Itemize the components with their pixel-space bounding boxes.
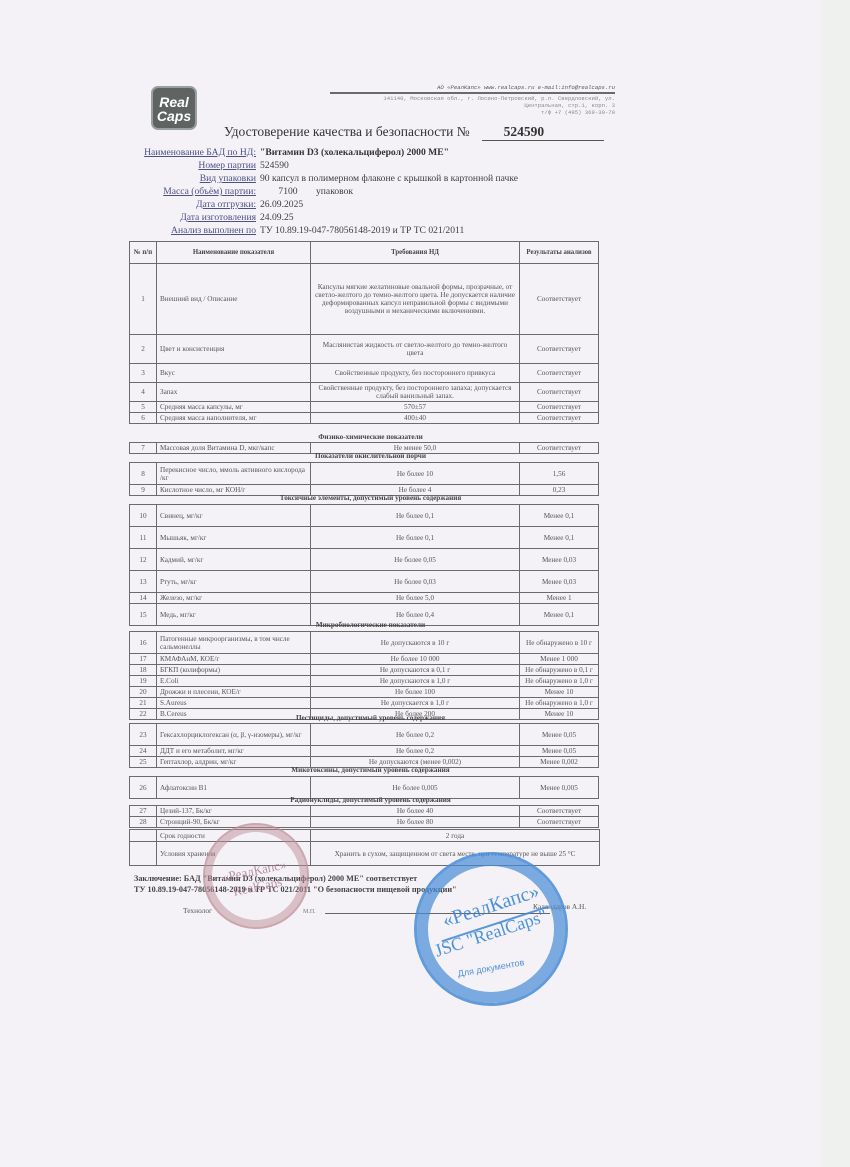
organoleptic-table: № п/п Наименование показателя Требования… <box>129 241 599 424</box>
result: 1,56 <box>520 463 599 485</box>
requirement: Не более 5,0 <box>311 593 520 604</box>
table-row: 1Внешний вид / ОписаниеКапсулы мягкие же… <box>130 264 599 335</box>
result: Менее 0,03 <box>520 571 599 593</box>
table-row: 16Патогенные микроорганизмы, в том числе… <box>130 632 599 654</box>
col-header-req: Требования НД <box>311 242 520 264</box>
row-number: 1 <box>130 264 157 335</box>
table-row: 2Цвет и консистенцияМаслянистая жидкость… <box>130 335 599 364</box>
signature-line <box>325 913 550 914</box>
table-row: 11Мышьяк, мг/кгНе более 0,1Менее 0,1 <box>130 527 599 549</box>
result: Соответствует <box>520 364 599 383</box>
indicator-name: Средняя масса наполнителя, мг <box>157 413 311 424</box>
indicator-name: S.Aureus <box>157 698 311 709</box>
blue-stamp-text-3: Для документов <box>417 950 564 986</box>
result: Соответствует <box>520 383 599 402</box>
indicator-name: Гексахлорциклогексан (α, β, γ-изомеры), … <box>157 724 311 746</box>
requirement: Не более 10 <box>311 463 520 485</box>
indicator-name: E.Coli <box>157 676 311 687</box>
indicator-name: Цезий-137, Бк/кг <box>157 806 311 817</box>
indicator-name: ДДТ и его метаболит, мг/кг <box>157 746 311 757</box>
signer-role: Технолог <box>183 906 212 915</box>
requirement: Свойственные продукту, без постороннего … <box>311 383 520 402</box>
row-number: 17 <box>130 654 157 665</box>
result: Не обнаружено в 10 г <box>520 632 599 654</box>
section-radionuclides: Радионуклиды, допустимый уровень содержа… <box>129 796 612 804</box>
row-number: 20 <box>130 687 157 698</box>
made-date-label: Дата изготовления <box>130 211 260 224</box>
result: Соответствует <box>520 264 599 335</box>
made-date-value: 24.09.25 <box>260 211 294 224</box>
requirement: Капсулы мягкие желатиновые овальной форм… <box>311 264 520 335</box>
requirement: 570±57 <box>311 402 520 413</box>
indicator-name: Стронций-90, Бк/кг <box>157 817 311 828</box>
section-mycotoxins: Микотоксины, допустимый уровень содержан… <box>129 766 612 774</box>
result: Менее 10 <box>520 687 599 698</box>
result: Не обнаружено в 1,0 г <box>520 676 599 687</box>
result: Менее 0,03 <box>520 549 599 571</box>
result: Соответствует <box>520 413 599 424</box>
oxidation-table: 8Перекисное число, ммоль активного кисло… <box>129 462 599 496</box>
indicator-name: Ртуть, мг/кг <box>157 571 311 593</box>
requirement: Не допускаются в 0,1 г <box>311 665 520 676</box>
section-oxidation: Показатели окислительной порчи <box>129 452 612 460</box>
row-number: 10 <box>130 505 157 527</box>
requirement: Не более 10 000 <box>311 654 520 665</box>
product-meta: Наименование БАД по НД:"Витамин D3 (холе… <box>130 146 518 237</box>
realcaps-logo: Real Caps <box>151 86 197 130</box>
result: Не обнаружено в 0,1 г <box>520 665 599 676</box>
result: Менее 0,05 <box>520 724 599 746</box>
company-phone: т/ф +7 (495) 369-30-70 <box>330 109 615 116</box>
table-row: 27Цезий-137, Бк/кгНе более 40Соответству… <box>130 806 599 817</box>
conclusion-line2: ТУ 10.89.19-047-78056148-2019 и ТР ТС 02… <box>134 884 457 895</box>
toxic-table: 10Свинец, мг/кгНе более 0,1Менее 0,111Мы… <box>129 504 599 626</box>
result: Менее 0,05 <box>520 746 599 757</box>
indicator-name: Вкус <box>157 364 311 383</box>
section-micro: Микробиологические показатели <box>129 621 612 629</box>
ship-date-label: Дата отгрузки: <box>130 198 260 211</box>
table-row: 10Свинец, мг/кгНе более 0,1Менее 0,1 <box>130 505 599 527</box>
product-value: "Витамин D3 (холекальциферол) 2000 МЕ" <box>260 146 449 159</box>
requirement: Не более 40 <box>311 806 520 817</box>
mass-unit: упаковок <box>316 186 353 197</box>
row-number: 23 <box>130 724 157 746</box>
result: Соответствует <box>520 402 599 413</box>
stamp-place-label: М.П. <box>303 909 316 915</box>
blue-stamp-divider <box>441 906 548 943</box>
col-header-num: № п/п <box>130 242 157 264</box>
table-row: 19E.ColiНе допускаются в 1,0 гНе обнаруж… <box>130 676 599 687</box>
table-row: 17КМАФАнМ, КОЕ/гНе более 10 000Менее 1 0… <box>130 654 599 665</box>
requirement: Не допускаются в 10 г <box>311 632 520 654</box>
shelf-life-num <box>130 830 157 842</box>
result: Менее 0,1 <box>520 505 599 527</box>
table-row: 18БГКП (колиформы)Не допускаются в 0,1 г… <box>130 665 599 676</box>
requirement: Не более 0,1 <box>311 505 520 527</box>
result: Соответствует <box>520 806 599 817</box>
result: Менее 0,1 <box>520 527 599 549</box>
table-row: 12Кадмий, мг/кгНе более 0,05Менее 0,03 <box>130 549 599 571</box>
requirement: Не более 0,05 <box>311 549 520 571</box>
table-row: 4ЗапахСвойственные продукту, без посторо… <box>130 383 599 402</box>
analysis-value: ТУ 10.89.19-047-78056148-2019 и ТР ТС 02… <box>260 224 464 237</box>
table-row: 8Перекисное число, ммоль активного кисло… <box>130 463 599 485</box>
section-toxic: Токсичные элементы, допустимый уровень с… <box>129 494 612 502</box>
section-pesticides: Пестициды, допустимый уровень содержания <box>129 714 612 722</box>
row-number: 27 <box>130 806 157 817</box>
row-number: 24 <box>130 746 157 757</box>
table-row: 3ВкусСвойственные продукту, без посторон… <box>130 364 599 383</box>
batch-value: 524590 <box>260 159 289 172</box>
row-number: 19 <box>130 676 157 687</box>
package-label: Вид упаковки <box>130 172 260 185</box>
title-text: Удостоверение качества и безопасности № <box>224 124 470 139</box>
company-header: АО «РеалКапс» www.realcaps.ru e-mail:inf… <box>330 84 615 116</box>
result: Менее 1 000 <box>520 654 599 665</box>
requirement: Не допускается в 1,0 г <box>311 698 520 709</box>
package-value: 90 капсул в полимерном флаконе с крышкой… <box>260 172 518 185</box>
indicator-name: Дрожжи и плесени, КОЕ/г <box>157 687 311 698</box>
product-label: Наименование БАД по НД: <box>130 146 260 159</box>
row-number: 21 <box>130 698 157 709</box>
row-number: 2 <box>130 335 157 364</box>
row-number: 13 <box>130 571 157 593</box>
micro-table: 16Патогенные микроорганизмы, в том числе… <box>129 631 599 720</box>
indicator-name: Запах <box>157 383 311 402</box>
page-edge <box>822 0 850 1167</box>
result: Менее 1 <box>520 593 599 604</box>
row-number: 5 <box>130 402 157 413</box>
document-title: Удостоверение качества и безопасности №5… <box>224 124 604 141</box>
col-header-result: Результаты анализов <box>520 242 599 264</box>
company-address-1: 141140, Московская обл., г. Лосино-Петро… <box>330 95 615 102</box>
storage-label: Условия хранения <box>157 842 311 866</box>
row-number: 8 <box>130 463 157 485</box>
requirement: Не более 0,1 <box>311 527 520 549</box>
table-row: 23Гексахлорциклогексан (α, β, γ-изомеры)… <box>130 724 599 746</box>
indicator-name: КМАФАнМ, КОЕ/г <box>157 654 311 665</box>
conclusion-line1: Заключение: БАД "Витамин D3 (холекальциф… <box>134 873 457 884</box>
table-row: 21S.AureusНе допускается в 1,0 гНе обнар… <box>130 698 599 709</box>
indicator-name: Свинец, мг/кг <box>157 505 311 527</box>
requirement: Не более 80 <box>311 817 520 828</box>
indicator-name: Мышьяк, мг/кг <box>157 527 311 549</box>
storage-num <box>130 842 157 866</box>
signer-name: Каландаров А.Н. <box>533 902 586 911</box>
mass-value: 7100 <box>260 185 316 198</box>
indicator-name: Цвет и консистенция <box>157 335 311 364</box>
requirement: Не более 0,03 <box>311 571 520 593</box>
company-contacts: АО «РеалКапс» www.realcaps.ru e-mail:inf… <box>330 84 615 94</box>
requirement: Не более 100 <box>311 687 520 698</box>
requirement: 400±40 <box>311 413 520 424</box>
result: Не обнаружено в 1,0 г <box>520 698 599 709</box>
indicator-name: Железо, мг/кг <box>157 593 311 604</box>
company-address-2: Центральная, стр.1, корп. 3 <box>330 102 615 109</box>
row-number: 14 <box>130 593 157 604</box>
table-row: 14Железо, мг/кгНе более 5,0Менее 1 <box>130 593 599 604</box>
mass-label: Масса (объём) партии: <box>130 185 260 198</box>
row-number: 4 <box>130 383 157 402</box>
result: Соответствует <box>520 817 599 828</box>
row-number: 3 <box>130 364 157 383</box>
table-row: 24ДДТ и его метаболит, мг/кгНе более 0,2… <box>130 746 599 757</box>
requirement: Маслянистая жидкость от светло-желтого д… <box>311 335 520 364</box>
row-number: 12 <box>130 549 157 571</box>
analysis-label: Анализ выполнен по <box>130 224 260 237</box>
requirement: Не допускаются в 1,0 г <box>311 676 520 687</box>
indicator-name: Кадмий, мг/кг <box>157 549 311 571</box>
table-row: 5Средняя масса капсулы, мг570±57Соответс… <box>130 402 599 413</box>
row-number: 18 <box>130 665 157 676</box>
conclusion: Заключение: БАД "Витамин D3 (холекальциф… <box>134 873 457 895</box>
indicator-name: Патогенные микроорганизмы, в том числе с… <box>157 632 311 654</box>
storage-table: Срок годности 2 года Условия хранения Хр… <box>129 829 600 866</box>
batch-label: Номер партии <box>130 159 260 172</box>
shelf-life-label: Срок годности <box>157 830 311 842</box>
certificate-number: 524590 <box>482 124 604 141</box>
result: Соответствует <box>520 335 599 364</box>
row-number: 11 <box>130 527 157 549</box>
logo-text-line1: Real <box>153 95 195 109</box>
indicator-name: Средняя масса капсулы, мг <box>157 402 311 413</box>
row-number: 28 <box>130 817 157 828</box>
requirement: Не более 0,2 <box>311 746 520 757</box>
row-number: 16 <box>130 632 157 654</box>
requirement: Не более 0,2 <box>311 724 520 746</box>
table-row: 28Стронций-90, Бк/кгНе более 80Соответст… <box>130 817 599 828</box>
pesticides-table: 23Гексахлорциклогексан (α, β, γ-изомеры)… <box>129 723 599 768</box>
logo-text-line2: Caps <box>153 109 195 123</box>
indicator-name: БГКП (колиформы) <box>157 665 311 676</box>
radionuclides-table: 27Цезий-137, Бк/кгНе более 40Соответству… <box>129 805 599 828</box>
ship-date-value: 26.09.2025 <box>260 198 303 211</box>
indicator-name: Перекисное число, ммоль активного кислор… <box>157 463 311 485</box>
table-row: 20Дрожжи и плесени, КОЕ/гНе более 100Мен… <box>130 687 599 698</box>
shelf-life-value: 2 года <box>311 830 600 842</box>
row-number: 6 <box>130 413 157 424</box>
col-header-name: Наименование показателя <box>157 242 311 264</box>
storage-value: Хранить в сухом, защищенном от света мес… <box>311 842 600 866</box>
requirement: Свойственные продукту, без постороннего … <box>311 364 520 383</box>
indicator-name: Внешний вид / Описание <box>157 264 311 335</box>
table-row: 13Ртуть, мг/кгНе более 0,03Менее 0,03 <box>130 571 599 593</box>
section-physchem: Физико-химические показатели <box>129 433 612 441</box>
table-row: 6Средняя масса наполнителя, мг400±40Соот… <box>130 413 599 424</box>
